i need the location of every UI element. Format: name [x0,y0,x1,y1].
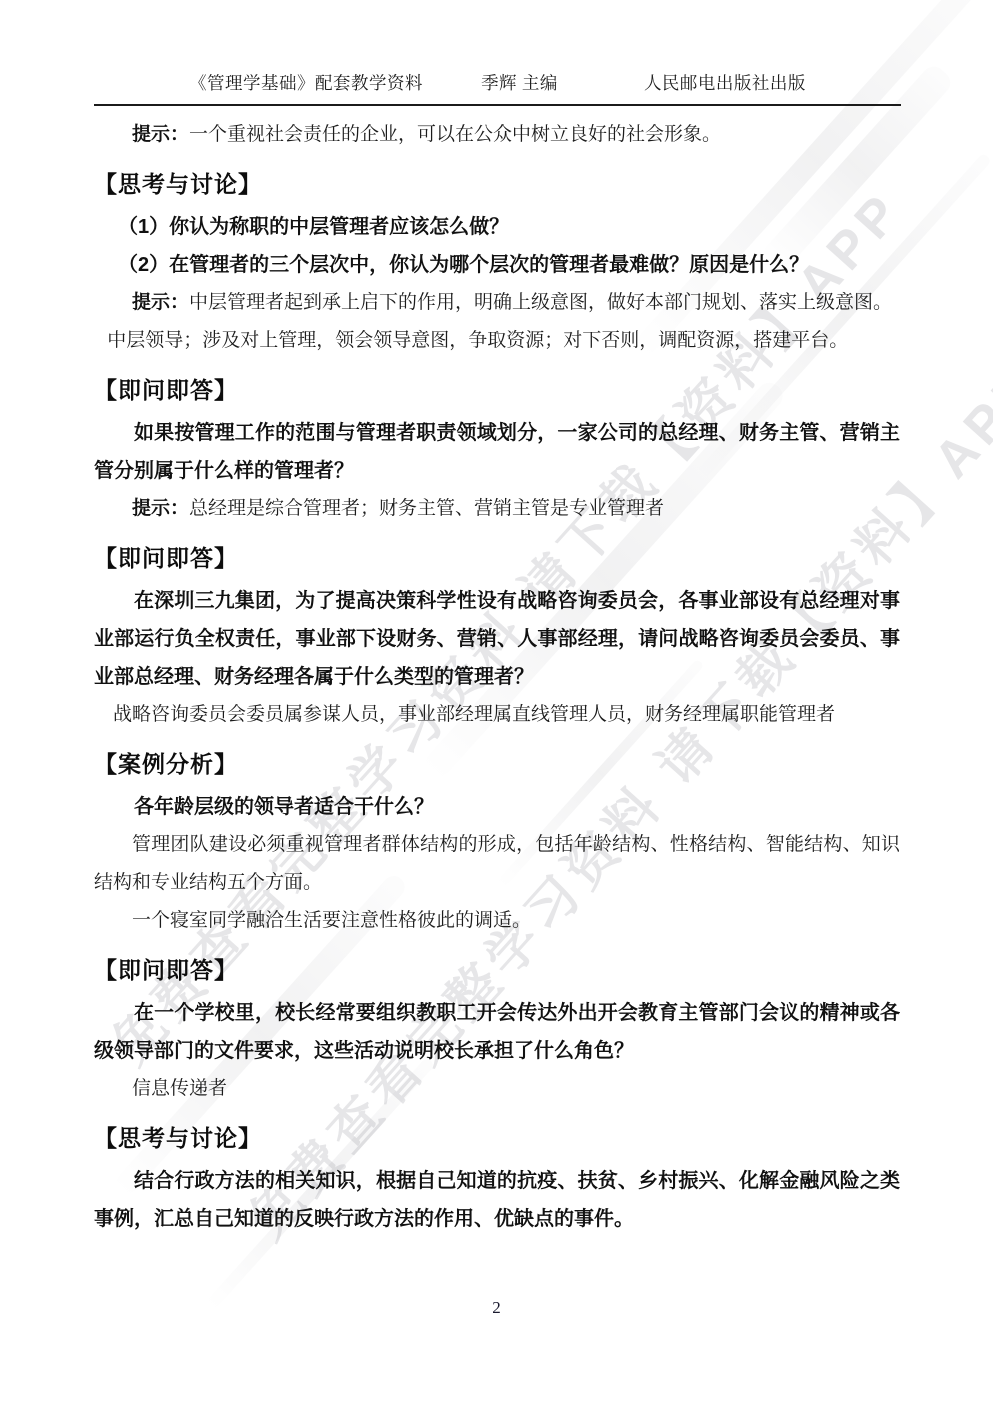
answer-paragraph: 管理团队建设必须重视管理者群体结构的形成，包括年龄结构、性格结构、智能结构、知识… [94,826,900,902]
header-editor: 季辉 主编 [481,70,558,95]
question-paragraph: （2）在管理者的三个层次中，你认为哪个层次的管理者最难做？原因是什么？ [94,246,900,284]
header-row: 《管理学基础》配套教学资料 季辉 主编 人民邮电出版社出版 [94,70,901,95]
document-page: 免费查看完整学习资料 请下载【资料】APP 免费查看完整学习资料 请下载【资料】… [0,0,993,1404]
page-footer: 2 [0,1298,993,1318]
hint-paragraph: 提示：总经理是综合管理者；财务主管、营销主管是专业管理者 [94,490,900,528]
answer-paragraph: 一个寝室同学融洽生活要注意性格彼此的调适。 [94,902,900,940]
hint-prefix: 提示： [132,498,189,519]
header-rule [94,104,901,106]
hint-text: 中层管理者起到承上启下的作用，明确上级意图，做好本部门规划、落实上级意图。 [189,292,892,313]
question-paragraph: 结合行政方法的相关知识，根据自己知道的抗疫、扶贫、乡村振兴、化解金融风险之类事例… [94,1162,900,1238]
section-heading: 【即问即答】 [94,538,900,578]
section-heading: 【思考与讨论】 [94,164,900,204]
question-paragraph: 在深圳三九集团，为了提高决策科学性设有战略咨询委员会，各事业部设有总经理对事业部… [94,582,900,696]
header-book-title: 《管理学基础》配套教学资料 [189,70,423,95]
hint-text: 一个重视社会责任的企业，可以在公众中树立良好的社会形象。 [189,124,721,145]
answer-paragraph: 战略咨询委员会委员属参谋人员，事业部经理属直线管理人员，财务经理属职能管理者 [94,696,900,734]
hint-paragraph: 提示：中层管理者起到承上启下的作用，明确上级意图，做好本部门规划、落实上级意图。 [94,284,900,322]
question-paragraph: （1）你认为称职的中层管理者应该怎么做？ [94,208,900,246]
section-heading: 【案例分析】 [94,744,900,784]
question-paragraph: 各年龄层级的领导者适合干什么？ [94,788,900,826]
section-heading: 【即问即答】 [94,370,900,410]
answer-paragraph: 信息传递者 [94,1070,900,1108]
page-header: 《管理学基础》配套教学资料 季辉 主编 人民邮电出版社出版 [94,70,901,106]
document-body: 提示：一个重视社会责任的企业，可以在公众中树立良好的社会形象。 【思考与讨论】 … [94,116,900,1238]
hint-prefix: 提示： [132,124,189,145]
header-publisher: 人民邮电出版社出版 [644,70,806,95]
hint-text: 总经理是综合管理者；财务主管、营销主管是专业管理者 [189,498,664,519]
page-number: 2 [492,1298,501,1317]
question-paragraph: 在一个学校里，校长经常要组织教职工开会传达外出开会教育主管部门会议的精神或各级领… [94,994,900,1070]
question-paragraph: 如果按管理工作的范围与管理者职责领域划分，一家公司的总经理、财务主管、营销主管分… [94,414,900,490]
hint-paragraph: 提示：一个重视社会责任的企业，可以在公众中树立良好的社会形象。 [94,116,900,154]
hint-prefix: 提示： [132,292,189,313]
section-heading: 【思考与讨论】 [94,1118,900,1158]
section-heading: 【即问即答】 [94,950,900,990]
answer-paragraph: 中层领导；涉及对上管理，领会领导意图，争取资源；对下否则，调配资源，搭建平台。 [94,322,900,360]
